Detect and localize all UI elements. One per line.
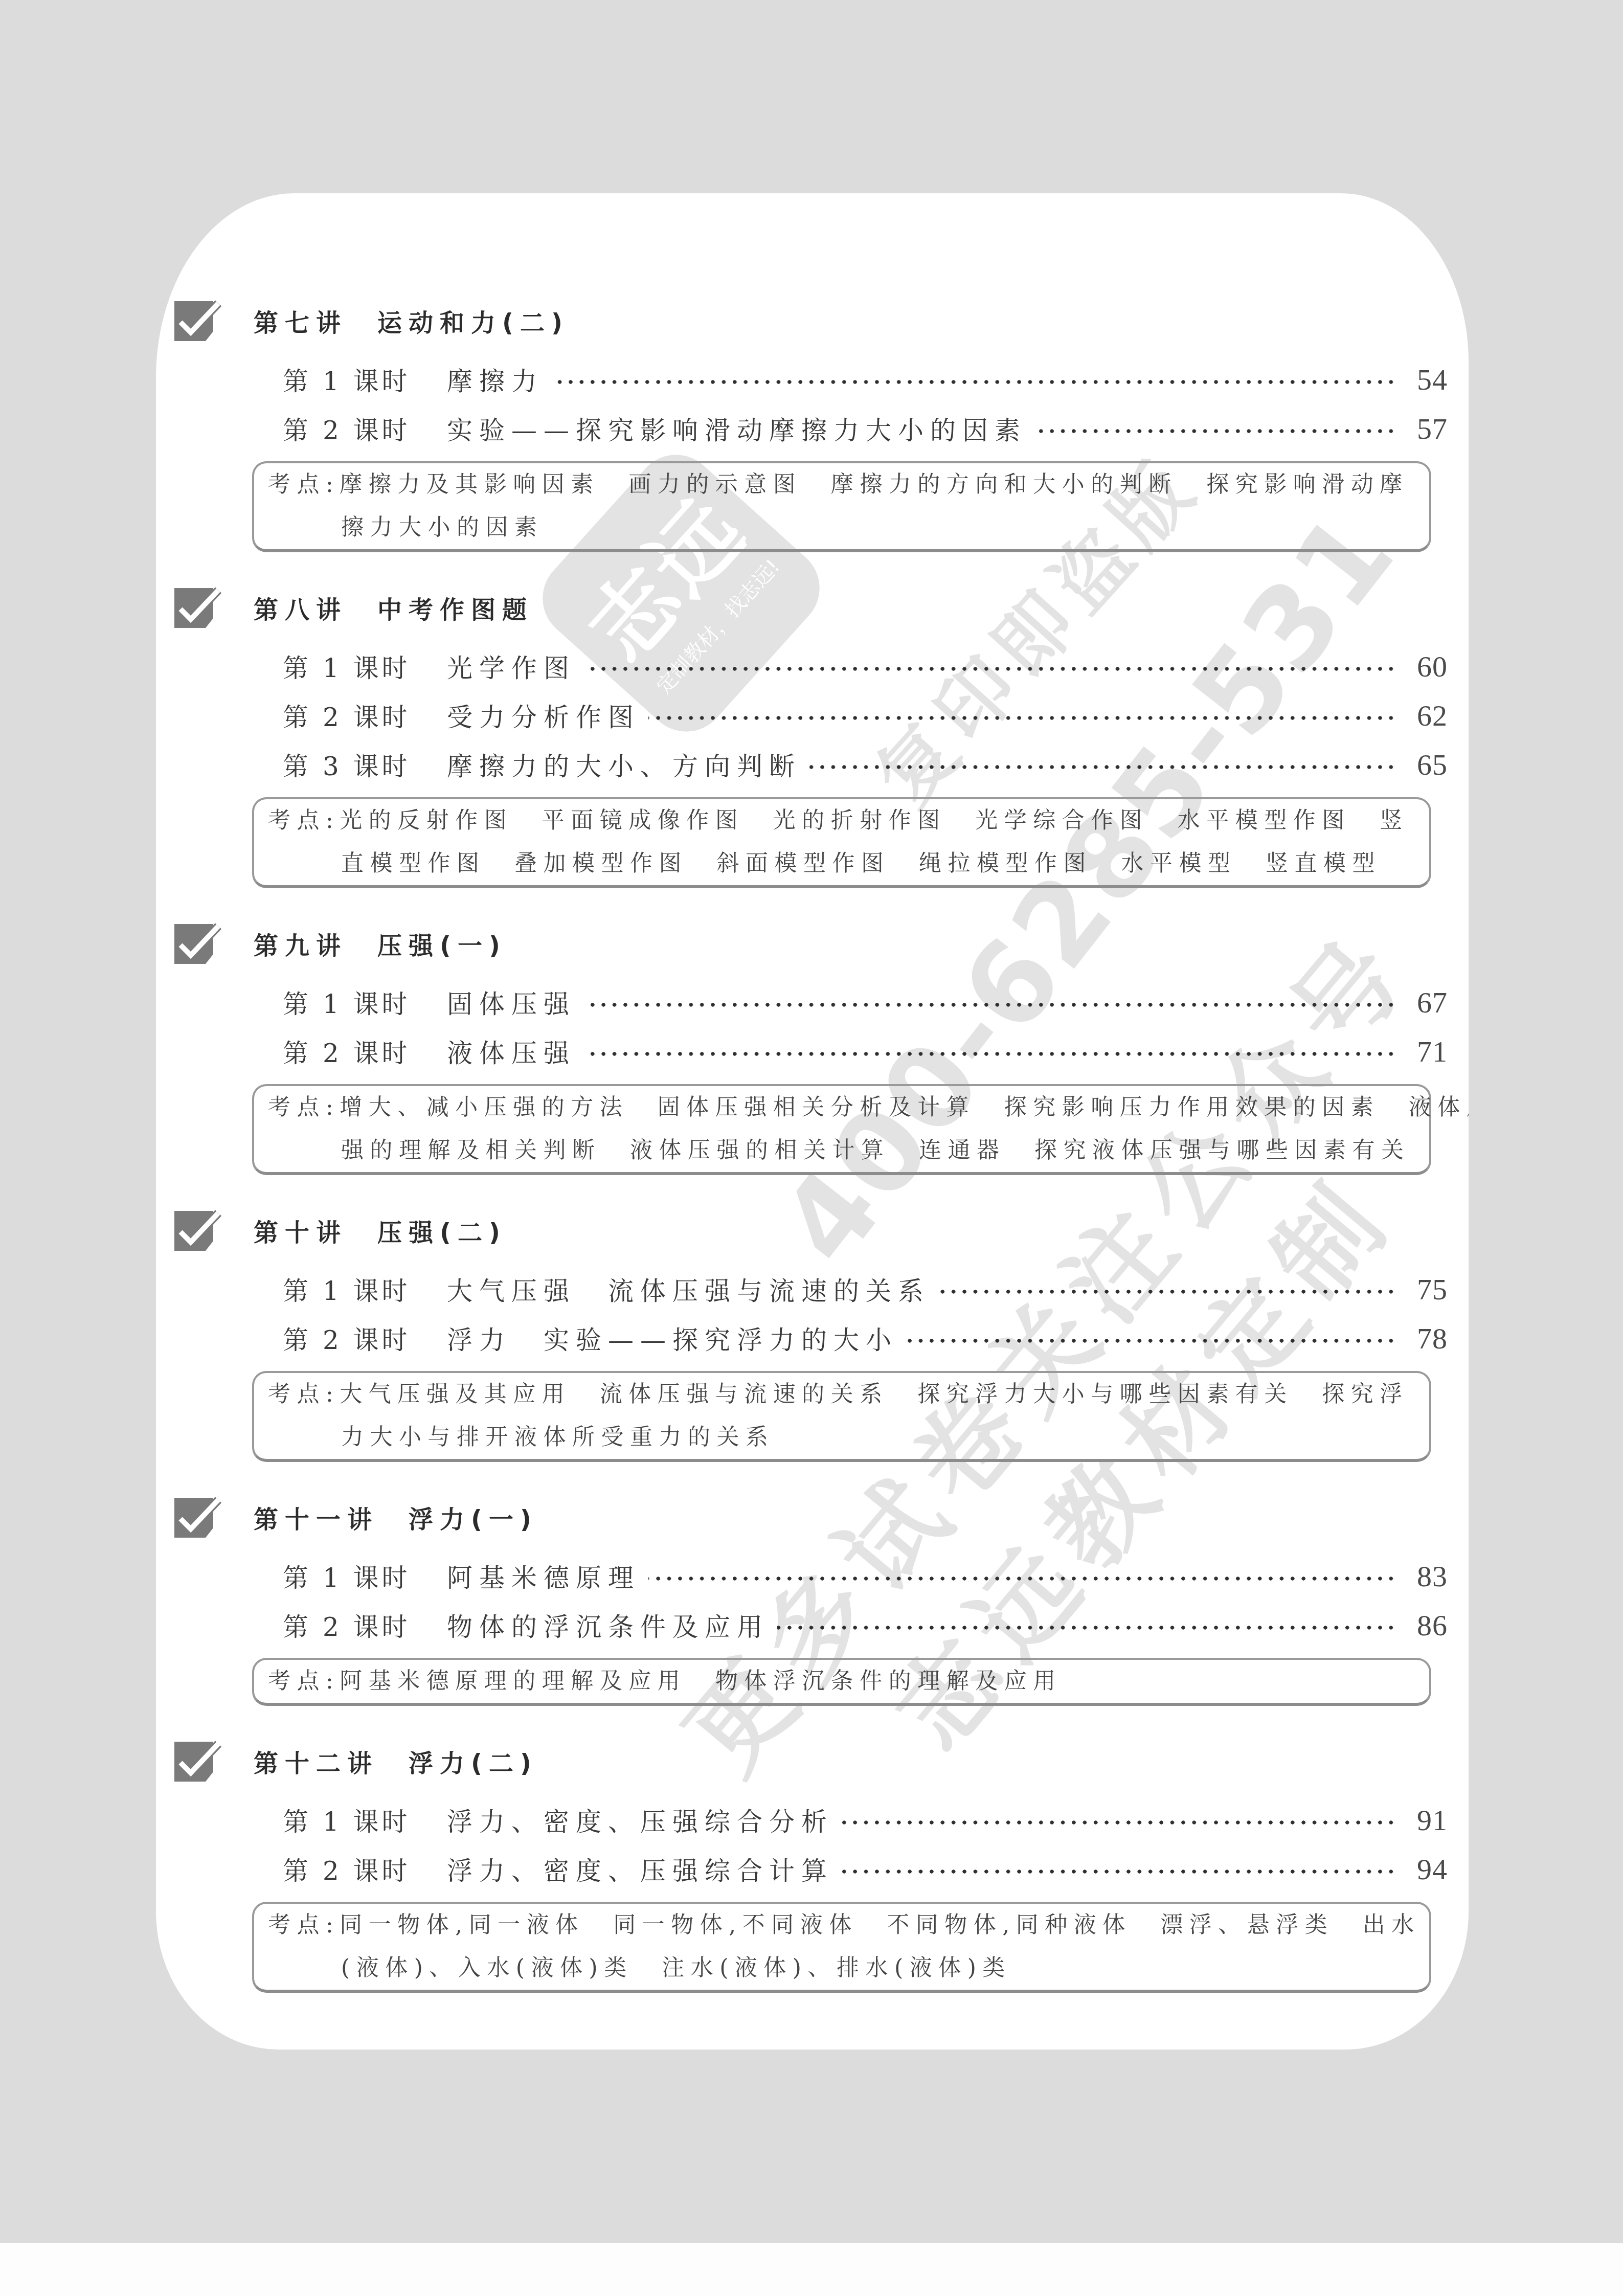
lesson-title: 受力分析作图 [447,697,640,734]
toc-entry[interactable]: 第 2 课时 浮力 实验——探究浮力的大小 78 [283,1314,1448,1363]
toc-entry[interactable]: 第 2 课时 物体的浮沉条件及应用 86 [283,1601,1448,1650]
lecture-section: 第八讲 中考作图题 第 1 课时 光学作图 60 第 2 课时 受力分析作图 6… [156,587,1469,888]
lecture-number: 第七讲 [254,303,347,339]
lecture-number: 第十二讲 [254,1744,378,1779]
lesson-number: 第 1 课时 [283,1271,447,1308]
exam-points-line: 考点:同一物体,同一液体 同一物体,不同液体 不同物体,同种液体 漂浮、悬浮类 … [254,1904,1429,1947]
lesson-title: 固体压强 [447,984,576,1021]
lesson-number: 第 2 课时 [283,1033,447,1070]
checkbox-checked-icon [174,1498,223,1539]
lecture-heading[interactable]: 第九讲 压强(一) [156,923,1469,964]
page-number: 94 [1417,1852,1448,1886]
lecture-heading[interactable]: 第七讲 运动和力(二) [156,300,1469,341]
lesson-title: 摩擦力的大小、方向判断 [447,746,801,783]
dot-leader [648,715,1396,721]
exam-points-box: 考点:阿基米德原理的理解及应用 物体浮沉条件的理解及应用 [252,1658,1431,1706]
lecture-section: 第十讲 压强(二) 第 1 课时 大气压强 流体压强与流速的关系 75 第 2 … [156,1210,1469,1462]
exam-points-text: 擦力大小的因素 [341,514,544,541]
lesson-number: 第 2 课时 [283,410,447,447]
checkbox-checked-icon [174,588,223,629]
lecture-section: 第九讲 压强(一) 第 1 课时 固体压强 67 第 2 课时 液体压强 71 [156,923,1469,1175]
toc-entry[interactable]: 第 1 课时 固体压强 67 [283,978,1448,1027]
page-number: 67 [1417,985,1448,1020]
lesson-number: 第 1 课时 [283,648,447,685]
lesson-title: 浮力 实验——探究浮力的大小 [447,1320,898,1357]
page-number: 83 [1417,1559,1448,1593]
dot-leader [552,379,1396,385]
exam-points-label: 考点: [268,1381,340,1407]
dot-leader [809,764,1396,770]
dot-leader [842,1869,1396,1874]
dot-leader [1035,429,1396,434]
exam-points-label: 考点: [268,1668,340,1694]
page-number: 71 [1417,1034,1448,1069]
exam-points-text: 增大、减小压强的方法 固体压强相关分析及计算 探究影响压力作用效果的因素 液体压 [340,1094,1469,1120]
exam-points-text: 同一物体,同一液体 同一物体,不同液体 不同物体,同种液体 漂浮、悬浮类 出水 [340,1912,1420,1938]
dot-leader [938,1289,1396,1294]
lecture-title: 压强(二) [377,1213,507,1248]
lecture-title: 运动和力(二) [377,303,569,339]
exam-points-text: 力大小与排开液体所受重力的关系 [341,1424,775,1450]
exam-points-box: 考点:摩擦力及其影响因素 画力的示意图 摩擦力的方向和大小的判断 探究影响滑动摩… [252,461,1431,552]
exam-points-text: (液体)、入水(液体)类 注水(液体)、排水(液体)类 [341,1955,1011,1981]
toc-entry[interactable]: 第 1 课时 浮力、密度、压强综合分析 91 [283,1795,1448,1844]
lesson-title: 摩擦力 [447,361,544,398]
lecture-section: 第十二讲 浮力(二) 第 1 课时 浮力、密度、压强综合分析 91 第 2 课时… [156,1741,1469,1993]
lesson-title: 物体的浮沉条件及应用 [447,1607,769,1644]
checkbox-checked-icon [174,301,223,342]
exam-points-text: 直模型作图 叠加模型作图 斜面模型作图 绳拉模型作图 水平模型 竖直模型 [341,850,1381,876]
page-number: 54 [1417,363,1448,397]
lesson-number: 第 2 课时 [283,1851,447,1887]
page-number: 60 [1417,649,1448,684]
checkbox-checked-icon [174,924,223,965]
lecture-number: 第十讲 [254,1213,347,1248]
lesson-title: 大气压强 流体压强与流速的关系 [447,1271,930,1308]
lesson-title: 光学作图 [447,648,576,685]
exam-points-text: 阿基米德原理的理解及应用 物体浮沉条件的理解及应用 [340,1668,1062,1694]
lecture-number: 第十一讲 [254,1500,378,1535]
toc-entry[interactable]: 第 3 课时 摩擦力的大小、方向判断 65 [283,740,1448,789]
exam-points-label: 考点: [268,807,340,834]
toc-entry[interactable]: 第 2 课时 实验——探究影响滑动摩擦力大小的因素 57 [283,404,1448,453]
lesson-number: 第 2 课时 [283,1607,447,1644]
toc-page-card: 志远 定制教材，找志远! 复印即盗版 400-6285-531 更多试卷关注公众… [156,193,1469,2050]
lecture-title: 中考作图题 [377,590,533,625]
toc-entry[interactable]: 第 1 课时 阿基米德原理 83 [283,1551,1448,1601]
page-number: 57 [1417,412,1448,446]
lecture-section: 第十一讲 浮力(一) 第 1 课时 阿基米德原理 83 第 2 课时 物体的浮沉… [156,1497,1469,1706]
checkbox-checked-icon [174,1742,223,1783]
toc-entry[interactable]: 第 1 课时 大气压强 流体压强与流速的关系 75 [283,1265,1448,1314]
page-number: 65 [1417,748,1448,782]
exam-points-line: 考点:光的反射作图 平面镜成像作图 光的折射作图 光学综合作图 水平模型作图 竖 [254,799,1429,842]
exam-points-label: 考点: [268,471,340,498]
toc-entry[interactable]: 第 2 课时 浮力、密度、压强综合计算 94 [283,1844,1448,1894]
exam-points-box: 考点:光的反射作图 平面镜成像作图 光的折射作图 光学综合作图 水平模型作图 竖… [252,797,1431,888]
page-number: 86 [1417,1608,1448,1642]
exam-points-line: 考点:阿基米德原理的理解及应用 物体浮沉条件的理解及应用 [254,1660,1429,1703]
table-of-contents: 第七讲 运动和力(二) 第 1 课时 摩擦力 54 第 2 课时 实验——探究影… [156,300,1469,2028]
lesson-number: 第 1 课时 [283,1802,447,1838]
toc-entry[interactable]: 第 1 课时 摩擦力 54 [283,355,1448,404]
lesson-number: 第 3 课时 [283,746,447,783]
exam-points-line: 考点:摩擦力及其影响因素 画力的示意图 摩擦力的方向和大小的判断 探究影响滑动摩 [254,463,1429,506]
lecture-number: 第八讲 [254,590,347,625]
exam-points-line: (液体)、入水(液体)类 注水(液体)、排水(液体)类 [254,1947,1429,1990]
lesson-title: 实验——探究影响滑动摩擦力大小的因素 [447,410,1027,447]
page-number: 62 [1417,699,1448,733]
lesson-number: 第 1 课时 [283,984,447,1021]
toc-entry[interactable]: 第 2 课时 液体压强 71 [283,1027,1448,1076]
exam-points-box: 考点:同一物体,同一液体 同一物体,不同液体 不同物体,同种液体 漂浮、悬浮类 … [252,1902,1431,1993]
lesson-number: 第 1 课时 [283,361,447,398]
exam-points-line: 擦力大小的因素 [254,506,1429,549]
exam-points-text: 强的理解及相关判断 液体压强的相关计算 连通器 探究液体压强与哪些因素有关 [341,1137,1410,1163]
lecture-title: 浮力(二) [409,1744,538,1779]
exam-points-text: 光的反射作图 平面镜成像作图 光的折射作图 光学综合作图 水平模型作图 竖 [340,807,1409,834]
dot-leader [648,1576,1396,1581]
lesson-number: 第 2 课时 [283,1320,447,1357]
dot-leader [584,1051,1396,1056]
lesson-number: 第 1 课时 [283,1558,447,1594]
exam-points-line: 强的理解及相关判断 液体压强的相关计算 连通器 探究液体压强与哪些因素有关 [254,1129,1429,1172]
lecture-section: 第七讲 运动和力(二) 第 1 课时 摩擦力 54 第 2 课时 实验——探究影… [156,300,1469,552]
toc-entry[interactable]: 第 2 课时 受力分析作图 62 [283,691,1448,740]
lesson-number: 第 2 课时 [283,697,447,734]
exam-points-label: 考点: [268,1912,340,1938]
page-number: 75 [1417,1272,1448,1307]
exam-points-box: 考点:增大、减小压强的方法 固体压强相关分析及计算 探究影响压力作用效果的因素 … [252,1084,1431,1175]
exam-points-line: 直模型作图 叠加模型作图 斜面模型作图 绳拉模型作图 水平模型 竖直模型 [254,842,1429,885]
dot-leader [584,666,1396,671]
dot-leader [842,1820,1396,1825]
exam-points-box: 考点:大气压强及其应用 流体压强与流速的关系 探究浮力大小与哪些因素有关 探究浮… [252,1371,1431,1462]
lecture-heading[interactable]: 第十一讲 浮力(一) [156,1497,1469,1538]
exam-points-label: 考点: [268,1094,340,1120]
lecture-title: 浮力(一) [409,1500,538,1535]
lesson-title: 浮力、密度、压强综合分析 [447,1802,833,1838]
lecture-heading[interactable]: 第八讲 中考作图题 [156,587,1469,628]
lecture-heading[interactable]: 第十讲 压强(二) [156,1210,1469,1251]
page-number: 91 [1417,1803,1448,1837]
lecture-number: 第九讲 [254,926,347,961]
lesson-title: 阿基米德原理 [447,1558,640,1594]
exam-points-line: 考点:增大、减小压强的方法 固体压强相关分析及计算 探究影响压力作用效果的因素 … [254,1086,1429,1129]
exam-points-text: 大气压强及其应用 流体压强与流速的关系 探究浮力大小与哪些因素有关 探究浮 [340,1381,1409,1407]
exam-points-line: 考点:大气压强及其应用 流体压强与流速的关系 探究浮力大小与哪些因素有关 探究浮 [254,1373,1429,1416]
lesson-title: 液体压强 [447,1033,576,1070]
lecture-heading[interactable]: 第十二讲 浮力(二) [156,1741,1469,1782]
page-number: 78 [1417,1321,1448,1356]
toc-entry[interactable]: 第 1 课时 光学作图 60 [283,642,1448,691]
exam-points-line: 力大小与排开液体所受重力的关系 [254,1416,1429,1459]
dot-leader [906,1338,1396,1343]
lesson-title: 浮力、密度、压强综合计算 [447,1851,833,1887]
lecture-title: 压强(一) [377,926,507,961]
dot-leader [777,1625,1396,1630]
page-bottom-margin [0,2243,1623,2296]
checkbox-checked-icon [174,1211,223,1252]
dot-leader [584,1002,1396,1007]
exam-points-text: 摩擦力及其影响因素 画力的示意图 摩擦力的方向和大小的判断 探究影响滑动摩 [340,471,1409,498]
